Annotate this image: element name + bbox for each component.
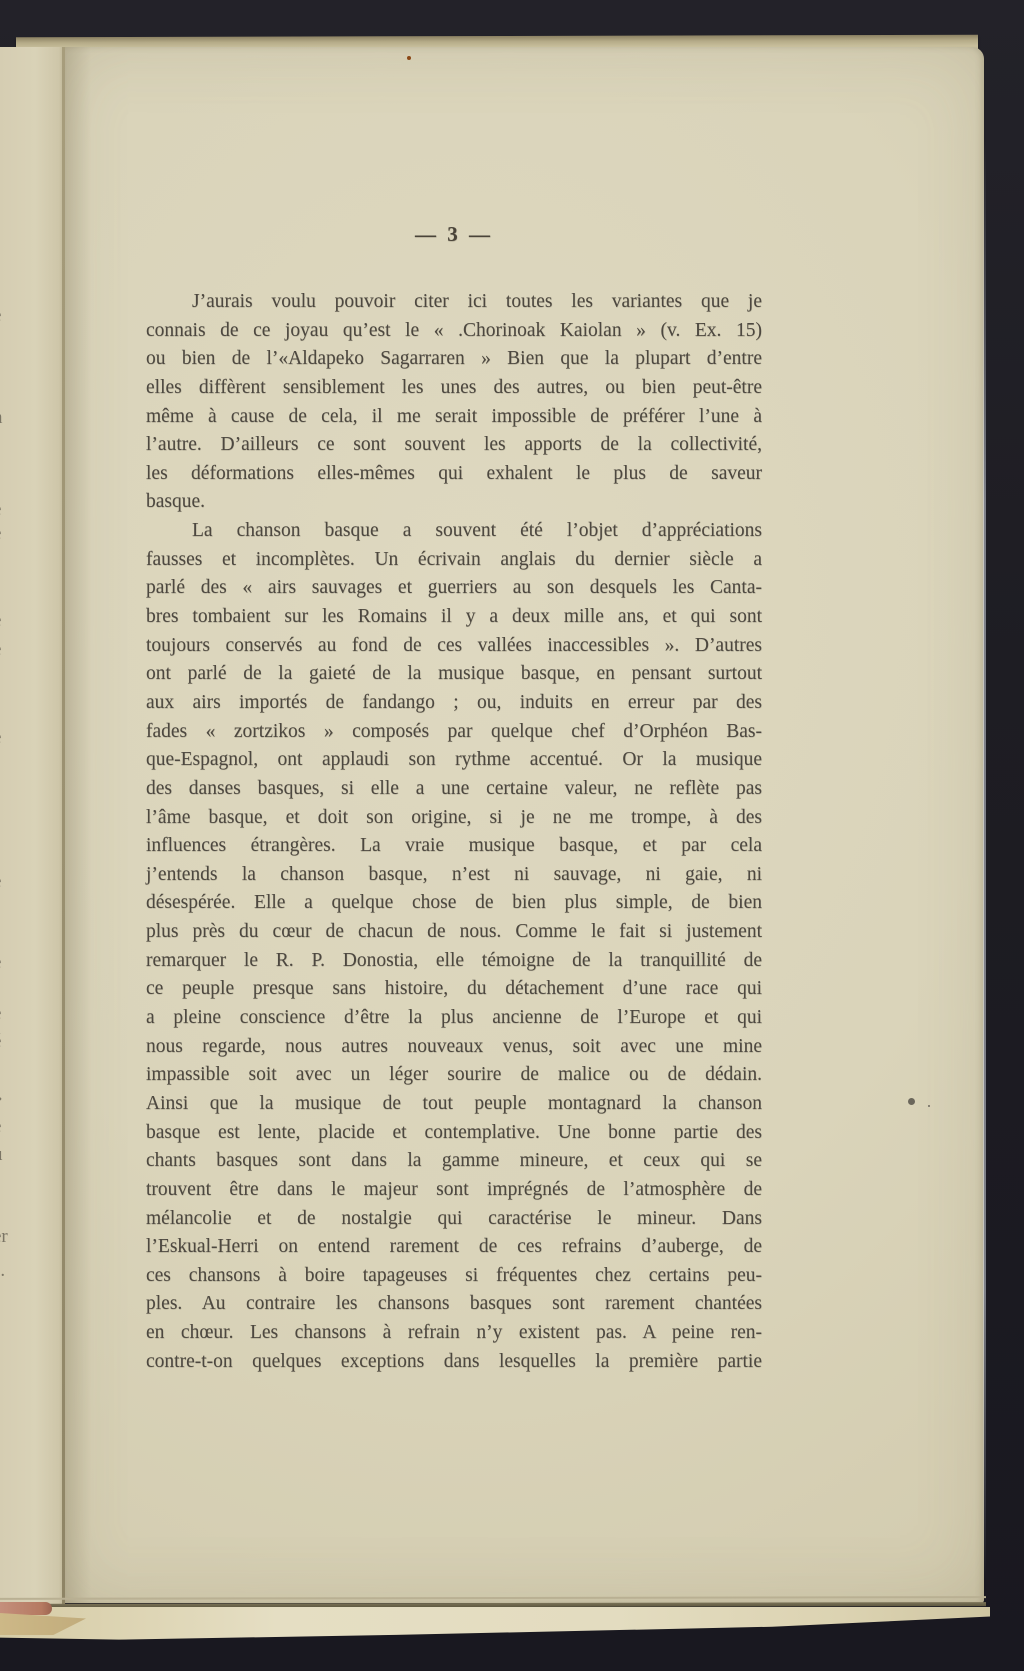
text-line: basque est lente, placide et contemplati… xyxy=(146,1119,762,1148)
text-line: ces chansons à boire tapageuses si fréqu… xyxy=(146,1262,762,1291)
text-line: elles diffèrent sensiblement les unes de… xyxy=(146,374,762,403)
text-line: fausses et incomplètes. Un écrivain angl… xyxy=(146,546,762,575)
bottom-page-stack xyxy=(0,1607,990,1641)
edge-letter: e xyxy=(0,640,11,660)
edge-letter: e xyxy=(0,306,11,326)
edge-letter: e xyxy=(0,611,11,631)
text-line: l’autre. D’ailleurs ce sont souvent les … xyxy=(146,431,762,460)
page-right-edge xyxy=(983,140,986,1580)
text-line: bres tombaient sur les Romains il y a de… xyxy=(146,603,762,632)
text-line: remarquer le R. P. Donostia, elle témoig… xyxy=(146,947,762,976)
edge-letter: - xyxy=(0,699,11,719)
text-line: ont parlé de la gaieté de la musique bas… xyxy=(146,660,762,689)
text-line: ce peuple presque sans histoire, du déta… xyxy=(146,975,762,1004)
text-line: parlé des « airs sauvages et guerriers a… xyxy=(146,574,762,603)
edge-letter: e xyxy=(0,524,11,544)
edge-letter: » xyxy=(0,1088,11,1108)
edge-letter: t xyxy=(0,583,11,603)
edge-letter: s xyxy=(0,783,11,803)
rust-speck xyxy=(407,56,411,60)
text-line: ples. Au contraire les chansons basques … xyxy=(146,1290,762,1319)
edge-letter: t xyxy=(0,812,11,832)
text-line: ou bien de l’«Aldapeko Sagarraren » Bien… xyxy=(146,345,762,374)
text-line: chants basques sont dans la gamme mineur… xyxy=(146,1147,762,1176)
text-line: trouvent être dans le majeur sont imprég… xyxy=(146,1176,762,1205)
text-line: toujours conservés au fond de ces vallée… xyxy=(146,632,762,661)
edge-letter: u xyxy=(0,1145,11,1165)
edge-letter: t xyxy=(0,902,11,922)
edge-letter: e xyxy=(0,500,11,520)
text-line: contre-t-on quelques exceptions dans les… xyxy=(146,1348,762,1377)
gutter-shadow xyxy=(65,47,91,1603)
text-line: l’Eskual-Herri on entend rarement de ces… xyxy=(146,1233,762,1262)
text-line: La chanson basque a souvent été l’objet … xyxy=(146,517,762,546)
text-line: impassible soit avec un léger sourire de… xyxy=(146,1061,762,1090)
text-line: Ainsi que la musique de tout peuple mont… xyxy=(146,1090,762,1119)
edge-letter: er xyxy=(0,1227,11,1247)
edge-letter: r xyxy=(0,344,11,364)
edge-letter: e xyxy=(0,1117,11,1137)
page-number: — 3 — xyxy=(146,222,762,247)
edge-letter: s xyxy=(0,553,11,573)
text-column: J’aurais voulu pouvoir citer ici toutes … xyxy=(146,288,762,1376)
text-line: des danses basques, si elle a une certai… xyxy=(146,775,762,804)
edge-letter: n xyxy=(0,408,11,428)
scanned-book-page: ernrì.eesteet-estetseeés»euers. — 3 — J’… xyxy=(0,0,1024,1671)
text-line: a pleine conscience d’être la plus ancie… xyxy=(146,1004,762,1033)
edge-letter: e xyxy=(0,728,11,748)
small-speck xyxy=(928,1105,930,1107)
edge-letter: ì xyxy=(0,455,11,475)
text-line: les déformations elles-mêmes qui exhalen… xyxy=(146,460,762,489)
text-line: influences étrangères. La vraie musique … xyxy=(146,832,762,861)
text-line: désespérée. Elle a quelque chose de bien… xyxy=(146,889,762,918)
text-line: plus près du cœur de chacun de nous. Com… xyxy=(146,918,762,947)
edge-letter: e xyxy=(0,872,11,892)
text-line: basque. xyxy=(146,488,762,517)
text-line: aux airs importés de fandango ; ou, indu… xyxy=(146,689,762,718)
text-line: J’aurais voulu pouvoir citer ici toutes … xyxy=(146,288,762,317)
text-line: nous regarde, nous autres nouveaux venus… xyxy=(146,1033,762,1062)
cover-red-edge xyxy=(0,1602,52,1615)
text-line: mélancolie et de nostalgie qui caractéri… xyxy=(146,1205,762,1234)
edge-letter: s. xyxy=(0,1261,11,1281)
edge-letter: e xyxy=(0,953,11,973)
text-line: en chœur. Les chansons à refrain n’y exi… xyxy=(146,1319,762,1348)
text-line: j’entends la chanson basque, n’est ni sa… xyxy=(146,861,762,890)
text-line: même à cause de cela, il me serait impos… xyxy=(146,403,762,432)
text-line: que-Espagnol, ont applaudi son rythme ac… xyxy=(146,746,762,775)
text-line: connais de ce joyau qu’est le « .Chorino… xyxy=(146,317,762,346)
edge-letter: é xyxy=(0,1032,11,1052)
edge-letter: t xyxy=(0,669,11,689)
ink-speck xyxy=(908,1098,915,1105)
text-line: l’âme basque, et doit son origine, si je… xyxy=(146,804,762,833)
edge-letter: s xyxy=(0,1060,11,1080)
facing-page-edge: ernrì.eesteet-estetseeés»euers. xyxy=(0,47,64,1607)
edge-letter: e xyxy=(0,1004,11,1024)
edge-letter: s xyxy=(0,930,11,950)
text-line: fades « zortzikos » composés par quelque… xyxy=(146,718,762,747)
